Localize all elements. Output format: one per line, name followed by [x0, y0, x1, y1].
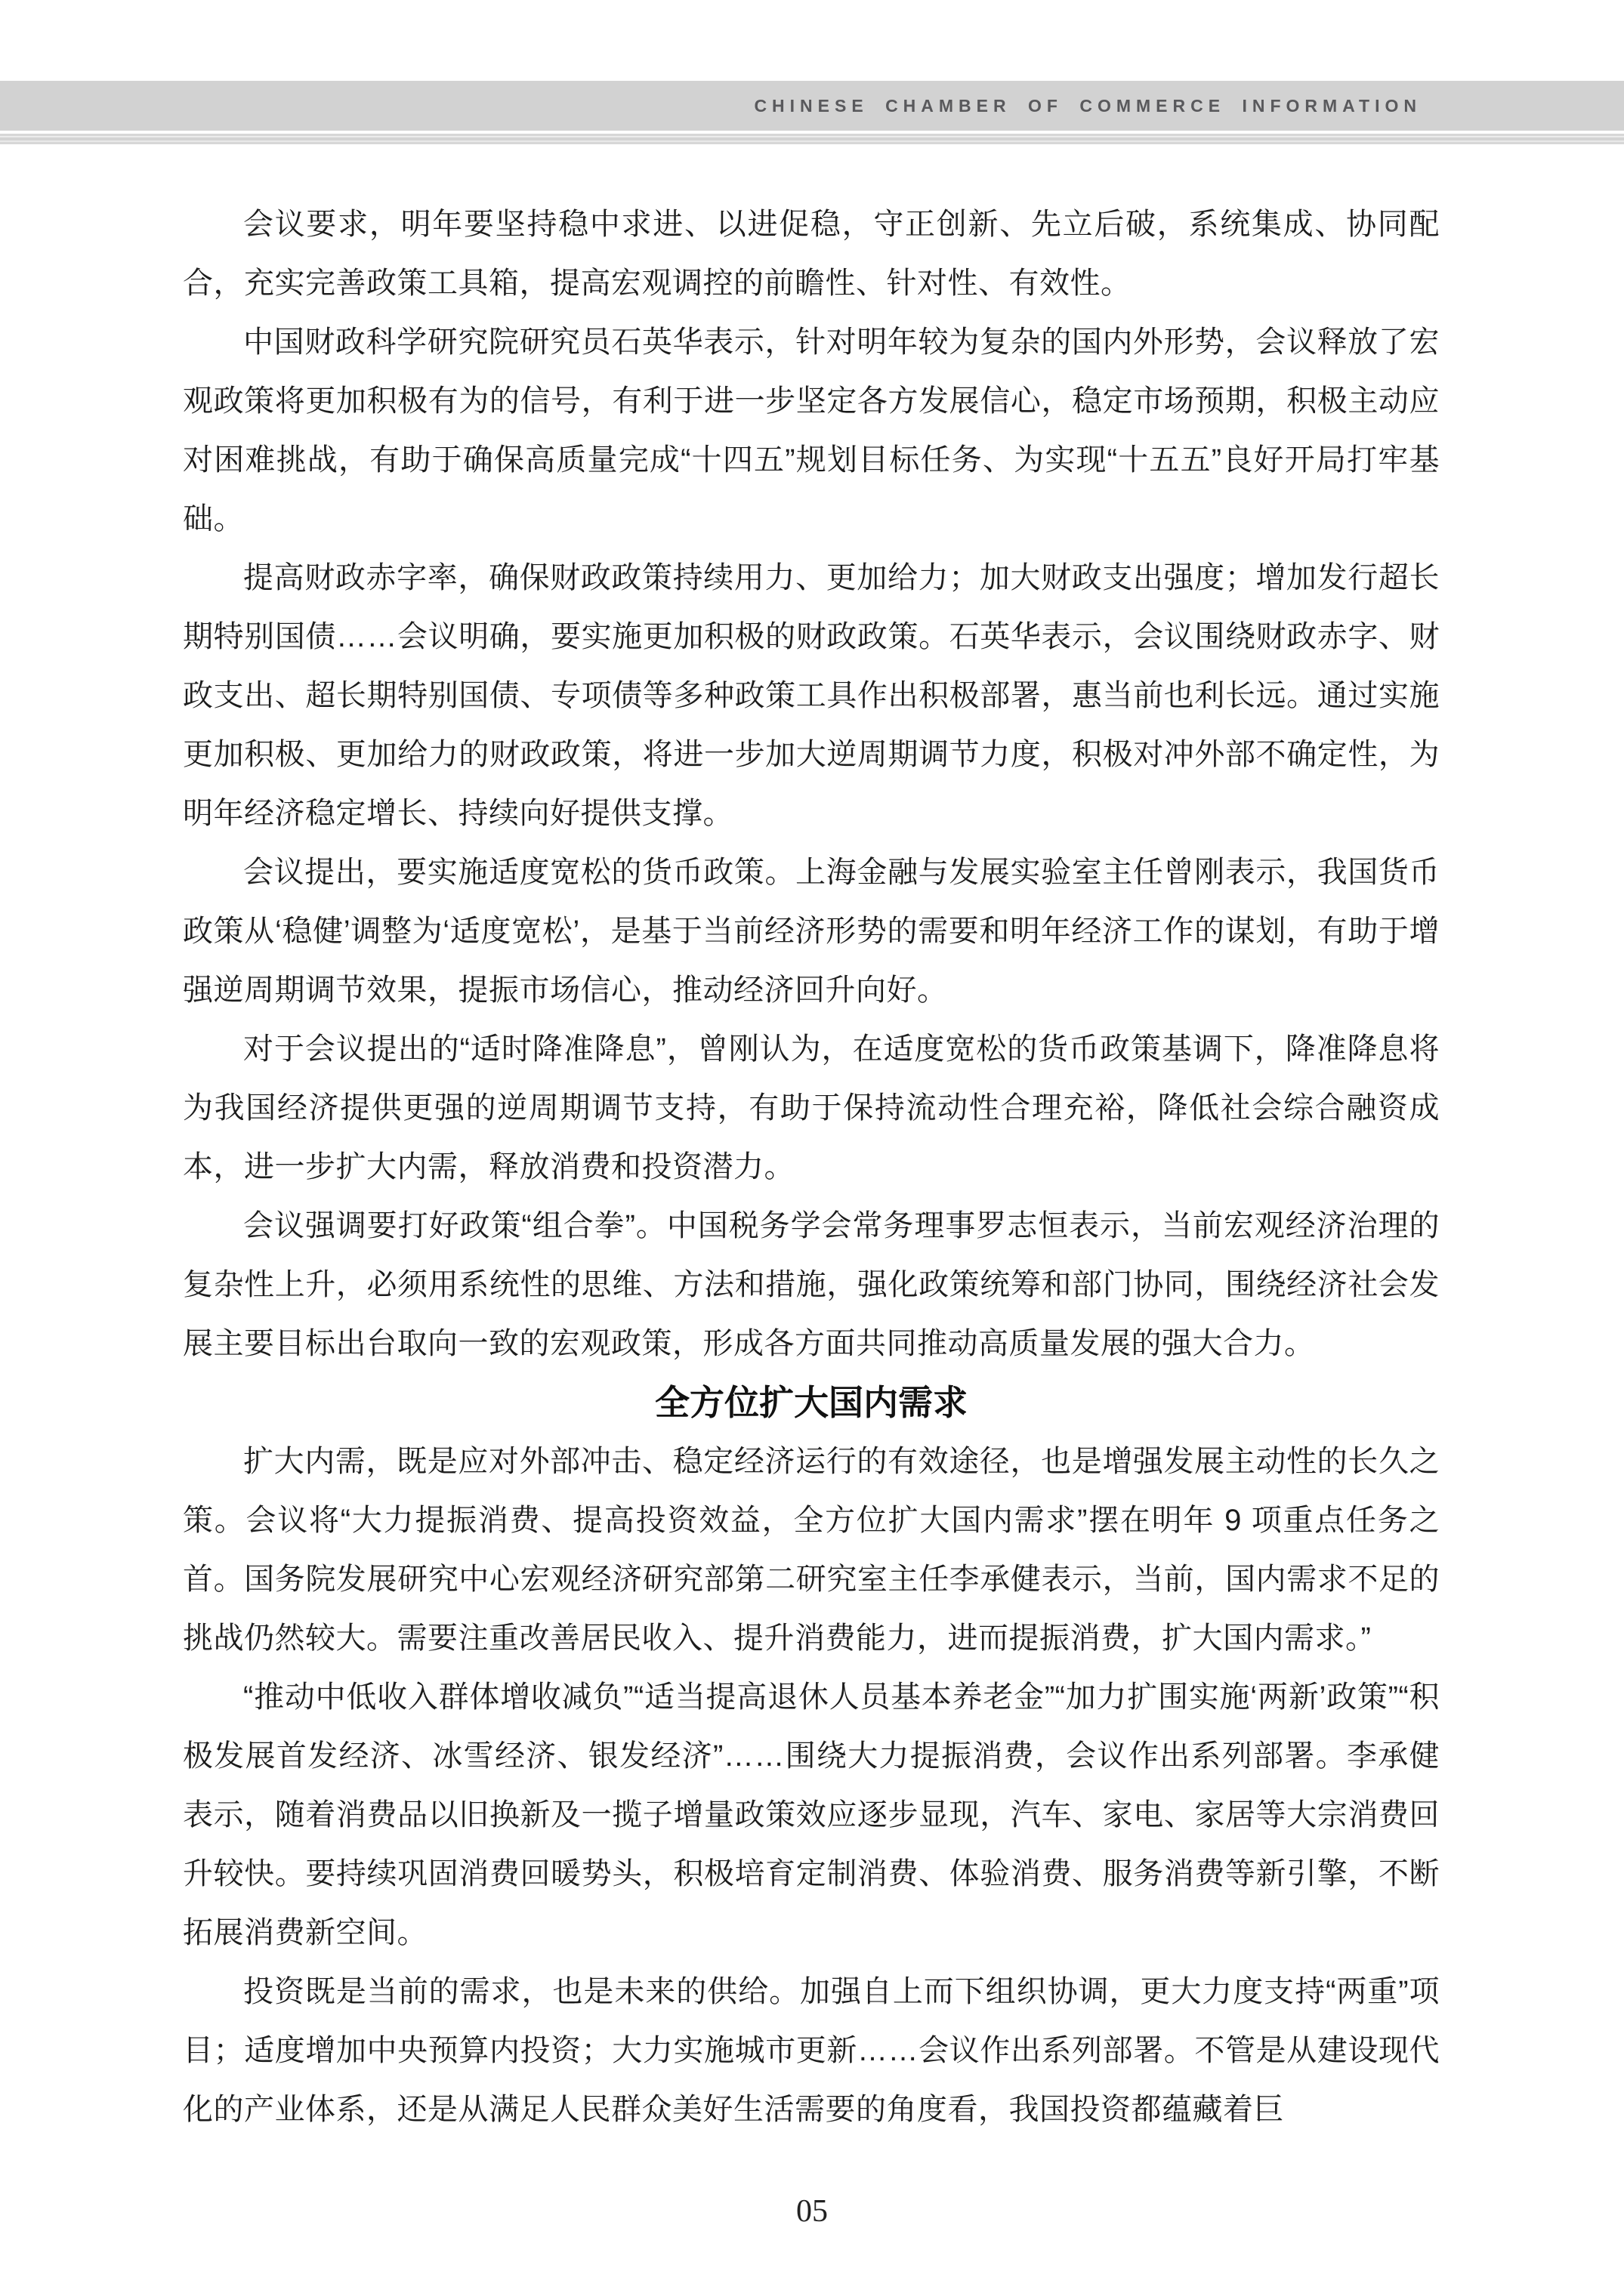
- article-body: 会议要求，明年要坚持稳中求进、以进促稳，守正创新、先立后破，系统集成、协同配合，…: [183, 195, 1440, 2139]
- paragraph: 扩大内需，既是应对外部冲击、稳定经济运行的有效途径，也是增强发展主动性的长久之策…: [183, 1432, 1440, 1668]
- section-heading: 全方位扩大国内需求: [183, 1373, 1440, 1432]
- paragraph: “推动中低收入群体增收减负”“适当提高退休人员基本养老金”“加力扩围实施‘两新’…: [183, 1668, 1440, 1962]
- paragraph: 中国财政科学研究院研究员石英华表示，针对明年较为复杂的国内外形势，会议释放了宏观…: [183, 313, 1440, 548]
- header-rule-stripe: [0, 134, 1624, 144]
- paragraph: 对于会议提出的“适时降准降息”，曾刚认为，在适度宽松的货币政策基调下，降准降息将…: [183, 1020, 1440, 1196]
- header-band: CHINESE CHAMBER OF COMMERCE INFORMATION: [0, 81, 1624, 131]
- paragraph: 投资既是当前的需求，也是未来的供给。加强自上而下组织协调，更大力度支持“两重”项…: [183, 1962, 1440, 2139]
- paragraph: 提高财政赤字率，确保财政政策持续用力、更加给力；加大财政支出强度；增加发行超长期…: [183, 548, 1440, 843]
- paragraph: 会议强调要打好政策“组合拳”。中国税务学会常务理事罗志恒表示，当前宏观经济治理的…: [183, 1196, 1440, 1373]
- magazine-page: CHINESE CHAMBER OF COMMERCE INFORMATION …: [0, 0, 1624, 2293]
- paragraph: 会议要求，明年要坚持稳中求进、以进促稳，守正创新、先立后破，系统集成、协同配合，…: [183, 195, 1440, 313]
- paragraph: 会议提出，要实施适度宽松的货币政策。上海金融与发展实验室主任曾刚表示，我国货币政…: [183, 843, 1440, 1020]
- page-number: 05: [0, 2193, 1624, 2230]
- header-band-title: CHINESE CHAMBER OF COMMERCE INFORMATION: [754, 81, 1422, 131]
